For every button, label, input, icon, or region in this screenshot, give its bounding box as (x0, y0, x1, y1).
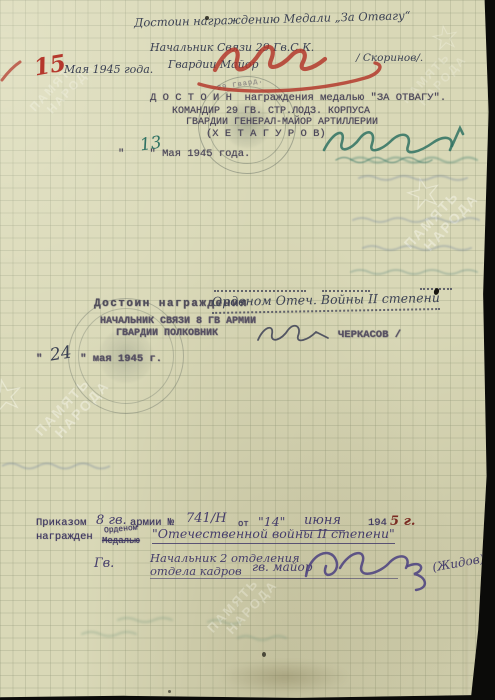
handwritten-gv: Гв. (94, 556, 114, 571)
star-watermark-icon: ☆ (0, 364, 30, 425)
paper-crease (466, 560, 469, 695)
typed-nagrazhden: награжден (36, 531, 93, 543)
handwritten-red-date-day: 15 (32, 49, 68, 81)
red-ink-mark (0, 58, 22, 86)
typed-medalyu-struck: Медалью (102, 536, 140, 546)
handwritten-date: Мая 1945 года. (64, 63, 153, 76)
typed-colonel-line: ГВАРДИИ ПОЛКОВНИК (116, 328, 218, 339)
paper-stain (220, 660, 350, 694)
handwritten-green-date-day: 13 (139, 133, 163, 156)
typed-chief-signals-line: НАЧАЛЬНИК СВЯЗИ 8 ГВ АРМИИ (100, 316, 256, 327)
ink-bleedthrough-scribbles (78, 612, 348, 648)
typed-prikazom: Приказом (36, 517, 86, 529)
typed-commander-line: КОМАНДИР 29 ГВ. СТР.ЛОДЗ. КОРПУСА (172, 106, 370, 117)
handwritten-resolution-line1: Достоин награждению Медали „За Отвагу“ (134, 8, 411, 29)
handwritten-order-number: 741/Н (186, 511, 227, 526)
zhidov-signature-scrawl (296, 538, 444, 594)
document-page: ПАМЯТЬНАРОДА ПАМЯТЬНАРОДА ПАМЯТЬНАРОДА П… (0, 0, 495, 700)
typed-ordenom: Орденом (104, 524, 138, 536)
ink-speck (168, 690, 171, 693)
typed-surname-khetagurov: (Х Е Т А Г У Р О В) (206, 128, 326, 140)
red-signature-scrawl (195, 34, 405, 96)
handwritten-award-order: Орденом Отеч. Войны II степени (212, 290, 440, 314)
typed-name-cherkasov: ЧЕРКАСОВ / (338, 329, 401, 341)
cherkasov-signature-scrawl (252, 318, 334, 346)
scanned-award-document: ПАМЯТЬНАРОДА ПАМЯТЬНАРОДА ПАМЯТЬНАРОДА П… (0, 0, 495, 700)
typed-personnel-dept: отдела кадров (150, 564, 242, 578)
typed-dostoin-line: Д О С Т О И Н награждения медалью "ЗА ОТ… (150, 92, 446, 104)
ink-bleedthrough-scribbles (0, 452, 120, 478)
ink-speck (262, 652, 266, 657)
green-note-scribble (332, 150, 442, 166)
typed-date-line: " " Мая 1945 года. (118, 148, 250, 160)
star-watermark-icon: ☆ (427, 16, 464, 61)
dotted-line (214, 289, 306, 292)
handwritten-date-day-24: 24 (49, 342, 74, 365)
ink-speck (205, 16, 209, 20)
